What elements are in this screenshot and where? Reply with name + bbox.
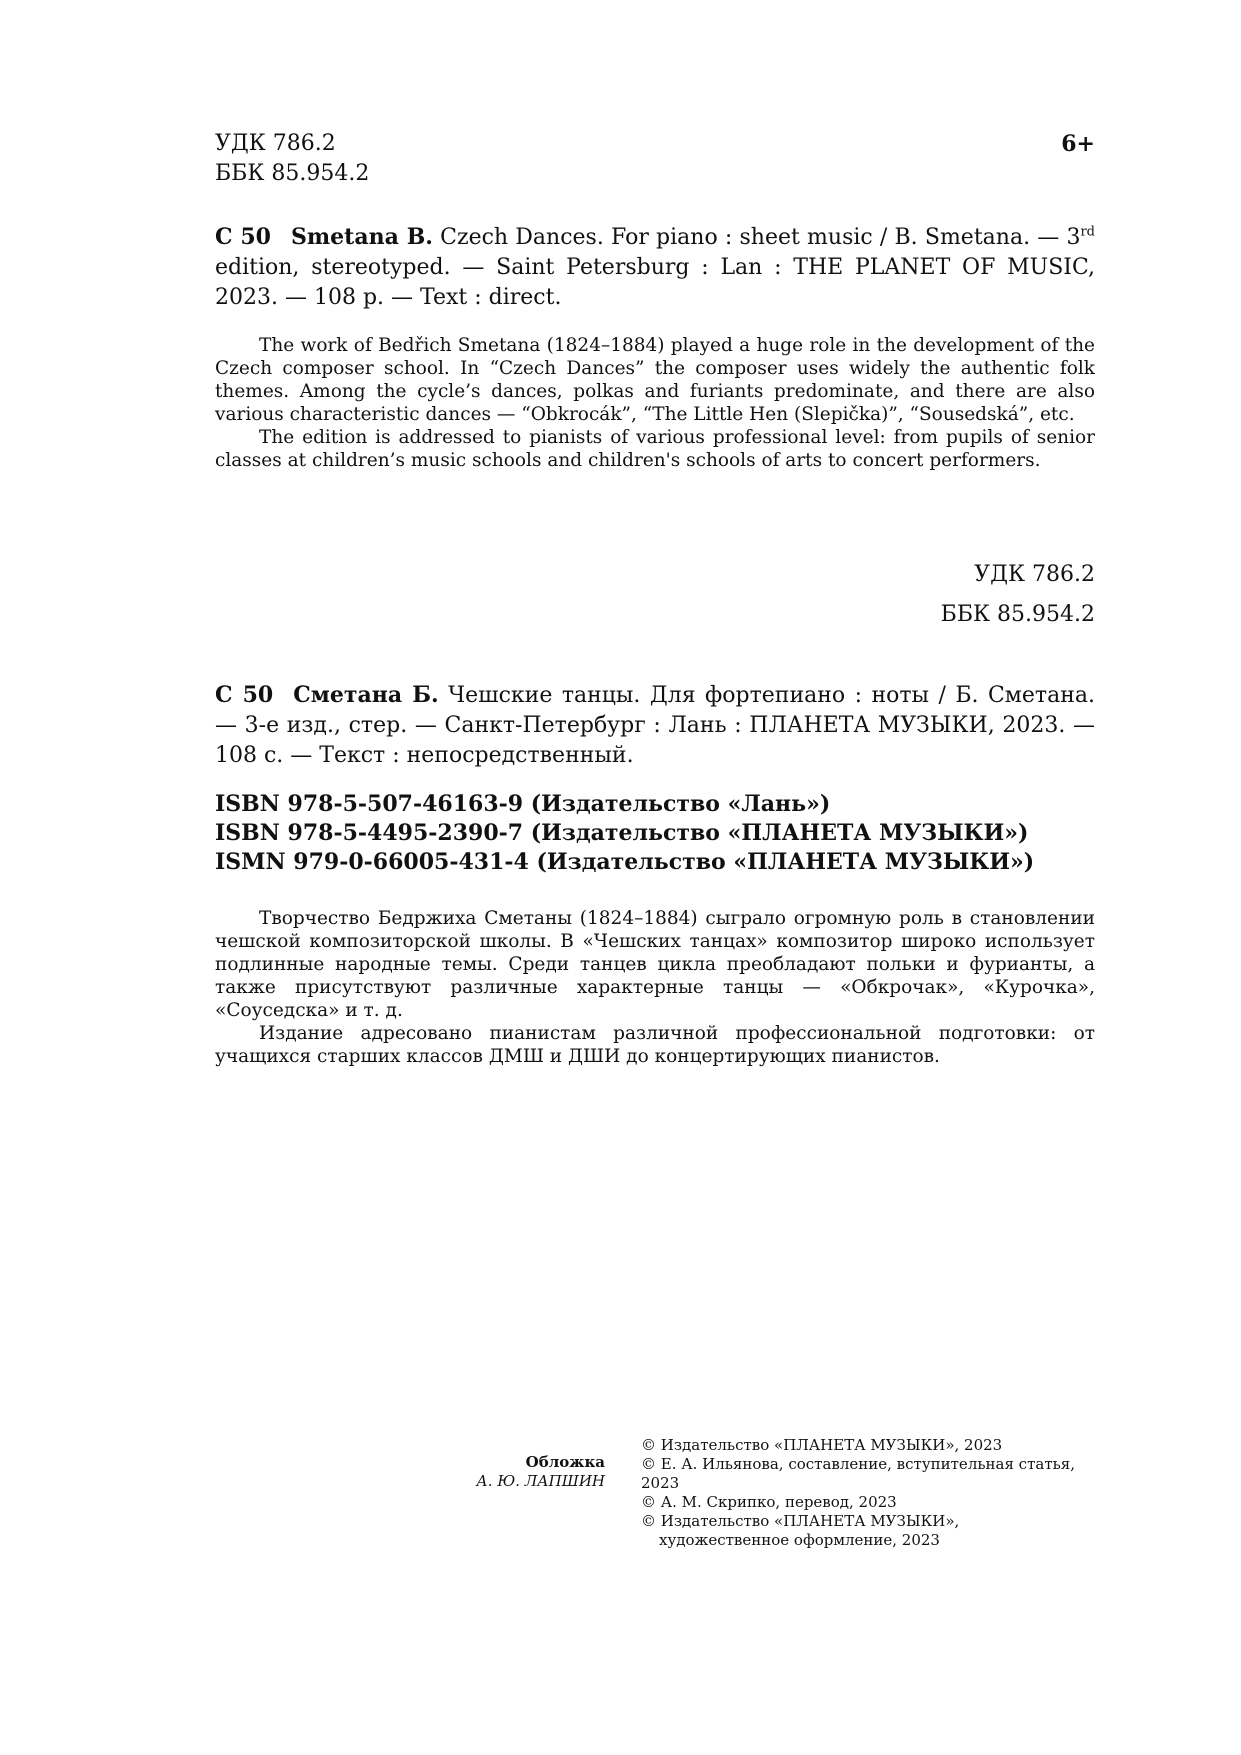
- bbk-code: ББК 85.954.2: [215, 159, 369, 189]
- identifiers-block: ISBN 978-5-507-46163-9 (Издательство «Ла…: [215, 790, 1034, 877]
- russian-catalog-entry: С 50Сметана Б. Чешские танцы. Для фортеп…: [215, 680, 1095, 771]
- catalog-code: С 50: [215, 224, 271, 250]
- annotation-paragraph: The edition is addressed to pianists of …: [215, 426, 1095, 472]
- english-catalog-entry: С 50Smetana B. Czech Dances. For piano :…: [215, 222, 1095, 313]
- cover-artist: А. Ю. ЛАПШИН: [415, 1472, 605, 1491]
- udk-code: УДК 786.2: [215, 129, 336, 159]
- copyright-line: © А. М. Скрипко, перевод, 2023: [641, 1493, 1095, 1512]
- annotation-paragraph: Творчество Бедржиха Сметаны (1824–1884) …: [215, 907, 1095, 1022]
- entry-text-2: edition, stereotyped. — Saint Petersburg…: [215, 255, 1095, 310]
- cover-label: Обложка: [415, 1453, 605, 1472]
- author-name: Smetana B.: [291, 224, 433, 250]
- copyright-block: © Издательство «ПЛАНЕТА МУЗЫКИ», 2023 © …: [641, 1436, 1095, 1550]
- ismn-planet: ISMN 979-0-66005-431-4 (Издательство «ПЛ…: [215, 848, 1034, 877]
- annotation-paragraph: The work of Bedřich Smetana (1824–1884) …: [215, 334, 1095, 426]
- russian-annotation: Творчество Бедржиха Сметаны (1824–1884) …: [215, 907, 1095, 1068]
- copyright-line: © Издательство «ПЛАНЕТА МУЗЫКИ»,: [641, 1512, 1095, 1531]
- catalog-code: С 50: [215, 682, 273, 708]
- entry-text-1: Czech Dances. For piano : sheet music / …: [433, 225, 1081, 250]
- copyright-line: © Издательство «ПЛАНЕТА МУЗЫКИ», 2023: [641, 1436, 1095, 1455]
- copyright-line: художественное оформление, 2023: [641, 1531, 1095, 1550]
- cover-credit: Обложка А. Ю. ЛАПШИН: [415, 1453, 605, 1491]
- author-name: Сметана Б.: [293, 682, 438, 708]
- bbk-code-ru: ББК 85.954.2: [941, 600, 1095, 630]
- annotation-paragraph: Издание адресовано пианистам различной п…: [215, 1022, 1095, 1068]
- isbn-planet: ISBN 978-5-4495-2390-7 (Издательство «ПЛ…: [215, 819, 1034, 848]
- udk-code-ru: УДК 786.2: [974, 560, 1095, 590]
- copyright-line: © Е. А. Ильянова, составление, вступител…: [641, 1455, 1095, 1493]
- english-annotation: The work of Bedřich Smetana (1824–1884) …: [215, 334, 1095, 472]
- isbn-lan: ISBN 978-5-507-46163-9 (Издательство «Ла…: [215, 790, 1034, 819]
- entry-superscript: rd: [1080, 225, 1095, 240]
- age-rating: 6+: [1061, 129, 1095, 159]
